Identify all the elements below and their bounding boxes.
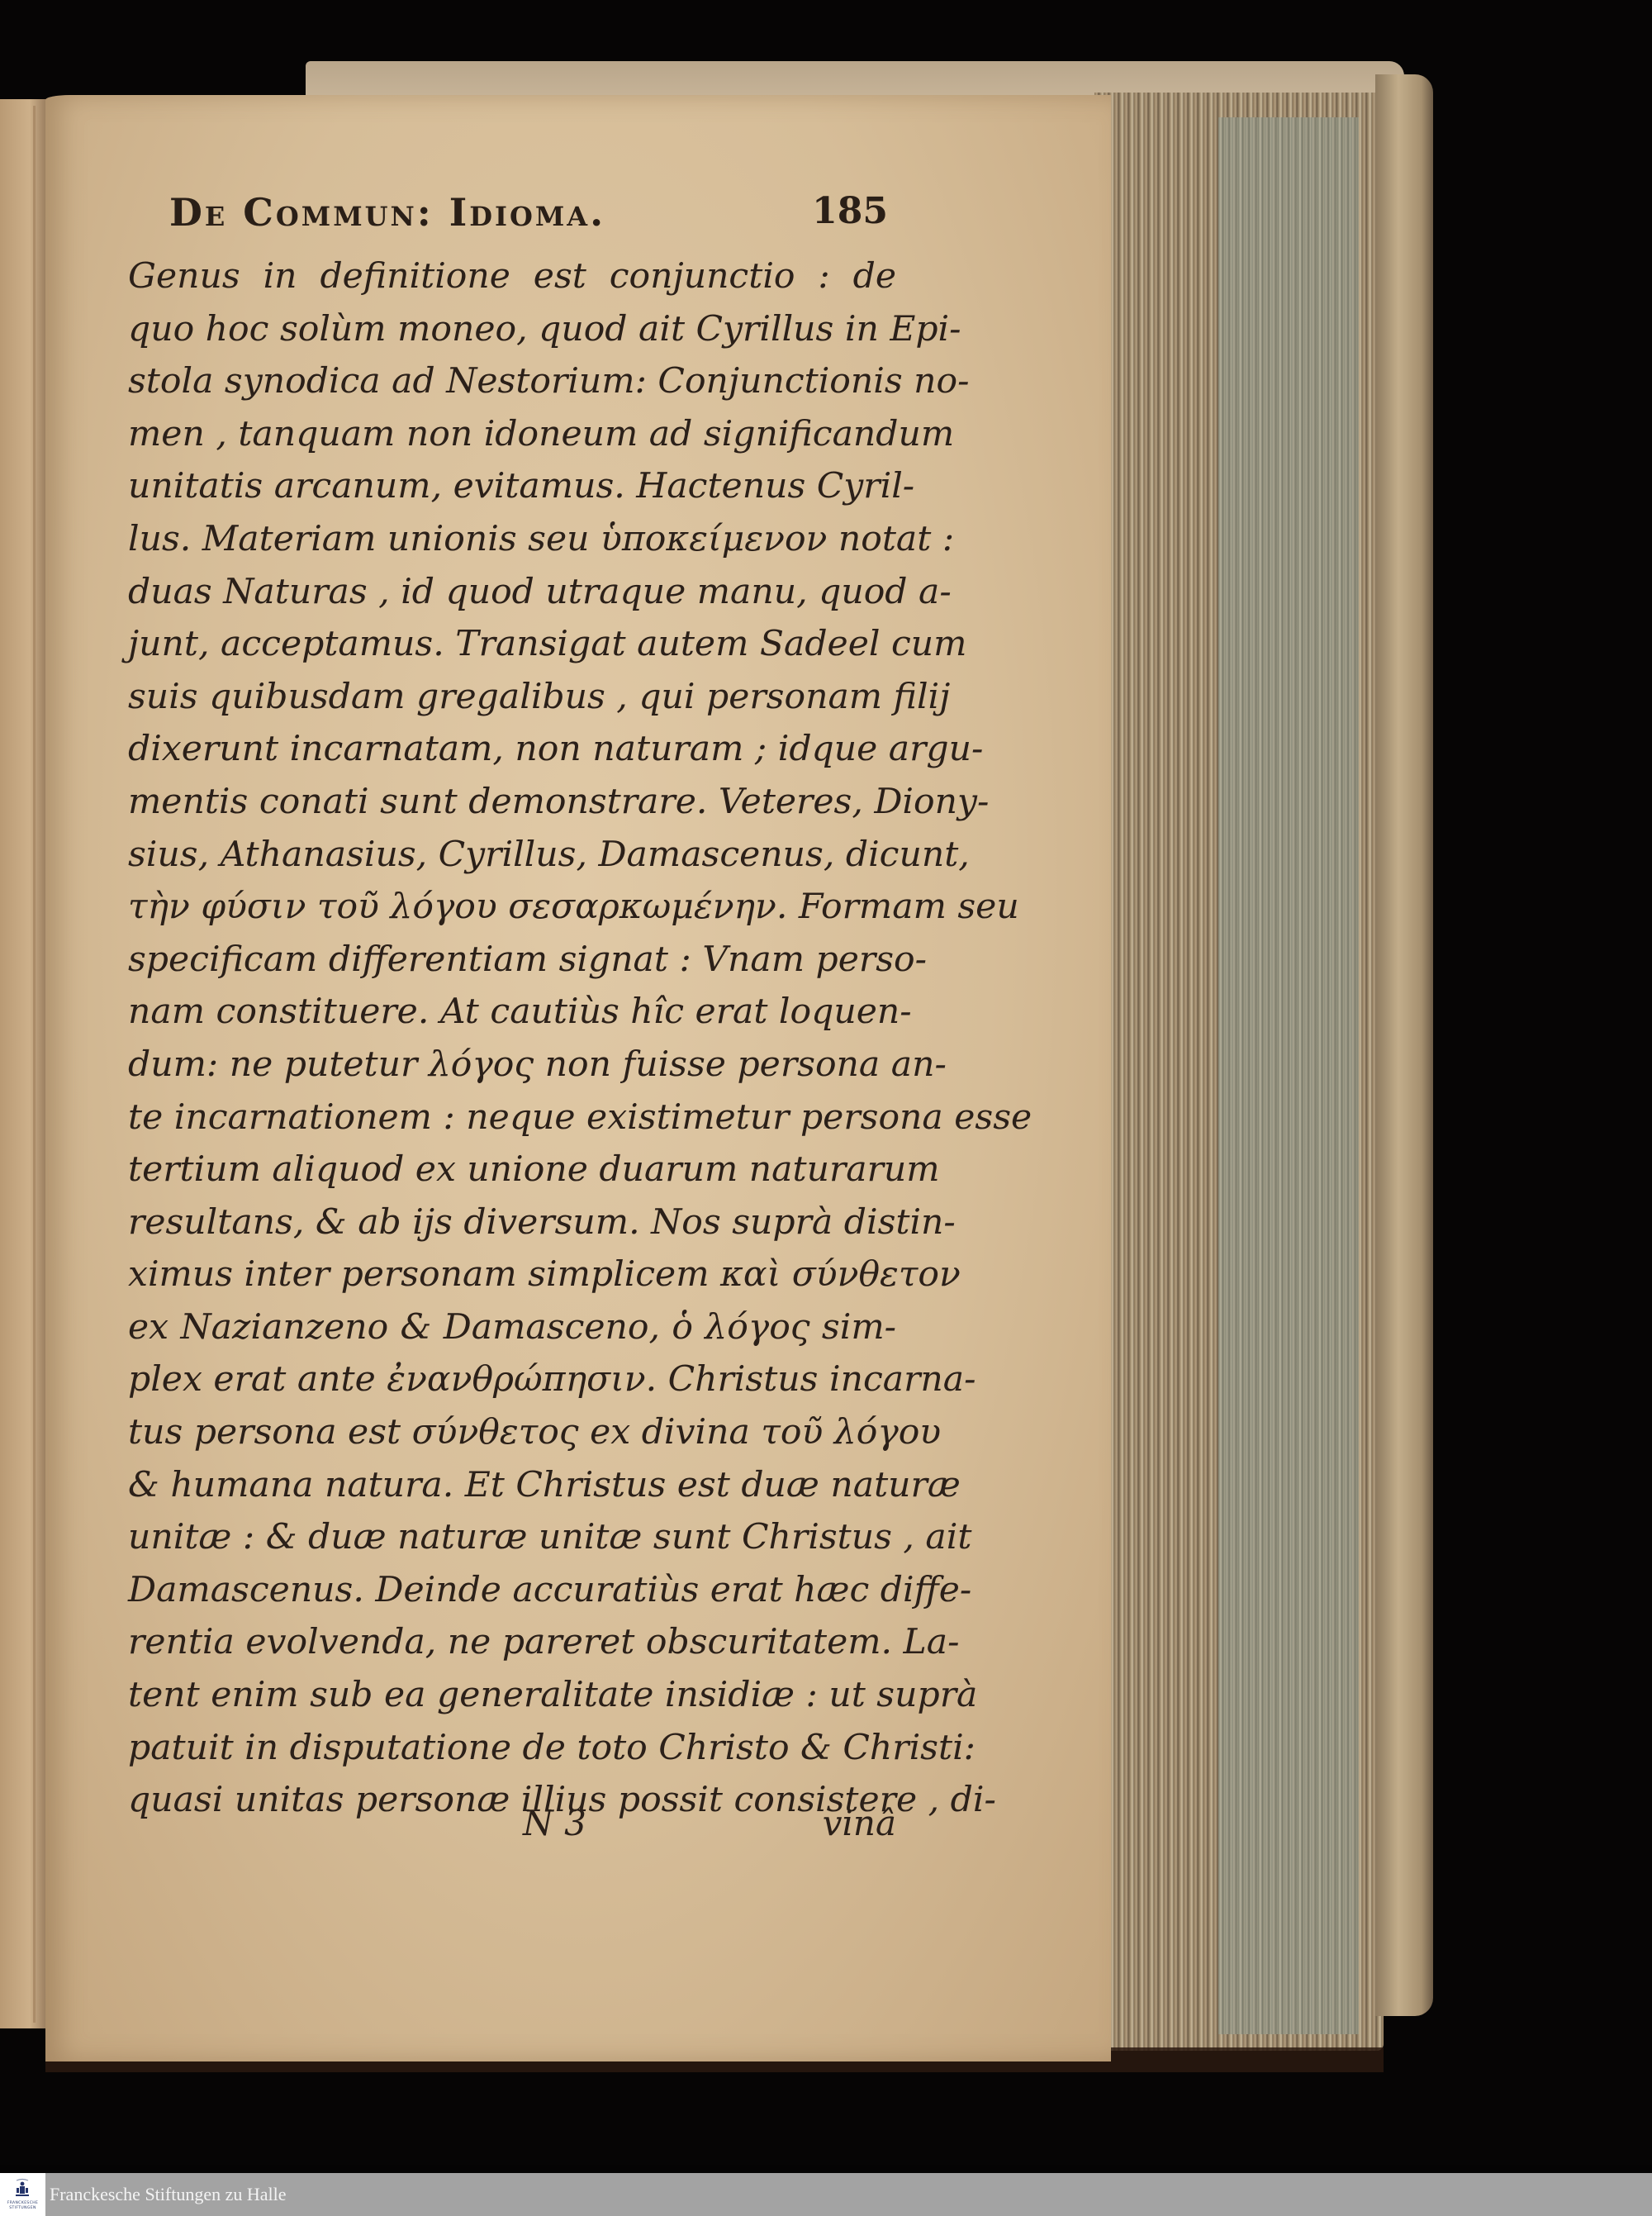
text-line: dum: ne putetur λόγος non fuisse persona… — [128, 1039, 896, 1091]
text-line: & humana natura. Et Christus est duæ nat… — [128, 1459, 896, 1512]
text-line: unitæ : & duæ naturæ unitæ sunt Christus… — [128, 1511, 896, 1564]
text-line: sius, Athanasius, Cyrillus, Damascenus, … — [128, 829, 896, 882]
orphanage-figure-icon — [14, 2178, 31, 2199]
fore-edge-page-stack — [1094, 93, 1384, 2051]
facing-page-edge — [0, 99, 50, 2028]
running-head-title: De Commun: Idioma. — [169, 190, 605, 235]
text-line: nam constituere. At cautiùs hîc erat loq… — [128, 986, 896, 1039]
text-line: junt, acceptamus. Transigat autem Sadeel… — [128, 618, 896, 671]
text-line: unitatis arcanum, evitamus. Hactenus Cyr… — [128, 460, 896, 513]
text-line: specificam differentiam signat : Vnam pe… — [128, 934, 896, 987]
text-line: lus. Materiam unionis seu ὑποκείμενον no… — [128, 513, 896, 566]
signature-mark: N 3 — [523, 1803, 586, 1843]
gutter-line — [33, 106, 36, 2023]
catchword: vinâ — [823, 1803, 896, 1843]
body-text: Genus in definitione est conjunctio : de… — [128, 250, 896, 1827]
logo-text: FRANCKESCHE STIFTUNGEN — [2, 2201, 44, 2211]
text-line: stola synodica ad Nestorium: Conjunction… — [128, 355, 896, 408]
catchline: N 3 vinâ — [128, 1803, 896, 1852]
text-line: suis quibusdam gregalibus , qui personam… — [128, 671, 896, 724]
text-line: ex Nazianzeno & Damasceno, ὁ λόγος sim- — [128, 1301, 896, 1354]
text-line: men , tanquam non idoneum ad significand… — [128, 408, 896, 461]
footer-bar: FRANCKESCHE STIFTUNGEN Franckesche Stift… — [0, 2173, 1652, 2216]
text-line: dixerunt incarnatam, non naturam ; idque… — [128, 723, 896, 776]
text-line: mentis conati sunt demonstrare. Veteres,… — [128, 776, 896, 829]
text-line: rentia evolvenda, ne pareret obscuritate… — [128, 1616, 896, 1669]
text-line: tus persona est σύνθετος ex divina τοῦ λ… — [128, 1406, 896, 1459]
text-line: ximus inter personam simplicem καὶ σύνθε… — [128, 1248, 896, 1301]
text-line: tent enim sub ea generalitate insidiæ : … — [128, 1669, 896, 1722]
running-head: De Commun: Idioma. 185 — [169, 190, 888, 240]
text-line: τὴν φύσιν τοῦ λόγου σεσαρκωμένην. Formam… — [128, 881, 896, 934]
text-line: Damascenus. Deinde accuratiùs erat hæc d… — [128, 1564, 896, 1617]
text-line: te incarnationem : neque existimetur per… — [128, 1091, 896, 1144]
text-line: resultans, & ab ijs diversum. Nos suprà … — [128, 1196, 896, 1249]
page-number: 185 — [812, 190, 888, 232]
text-line: Genus in definitione est conjunctio : de — [128, 250, 896, 303]
organization-name: Franckesche Stiftungen zu Halle — [50, 2184, 287, 2205]
institution-logo: FRANCKESCHE STIFTUNGEN — [0, 2173, 45, 2216]
text-line: patuit in disputatione de toto Christo &… — [128, 1722, 896, 1775]
text-line: tertium aliquod ex unione duarum naturar… — [128, 1144, 896, 1196]
text-line: quo hoc solùm moneo, quod ait Cyrillus i… — [128, 303, 896, 356]
text-line: duas Naturas , id quod utraque manu, quo… — [128, 566, 896, 619]
book-cover-right-edge — [1375, 74, 1433, 2016]
text-line: plex erat ante ἐνανθρώπησιν. Christus in… — [128, 1353, 896, 1406]
